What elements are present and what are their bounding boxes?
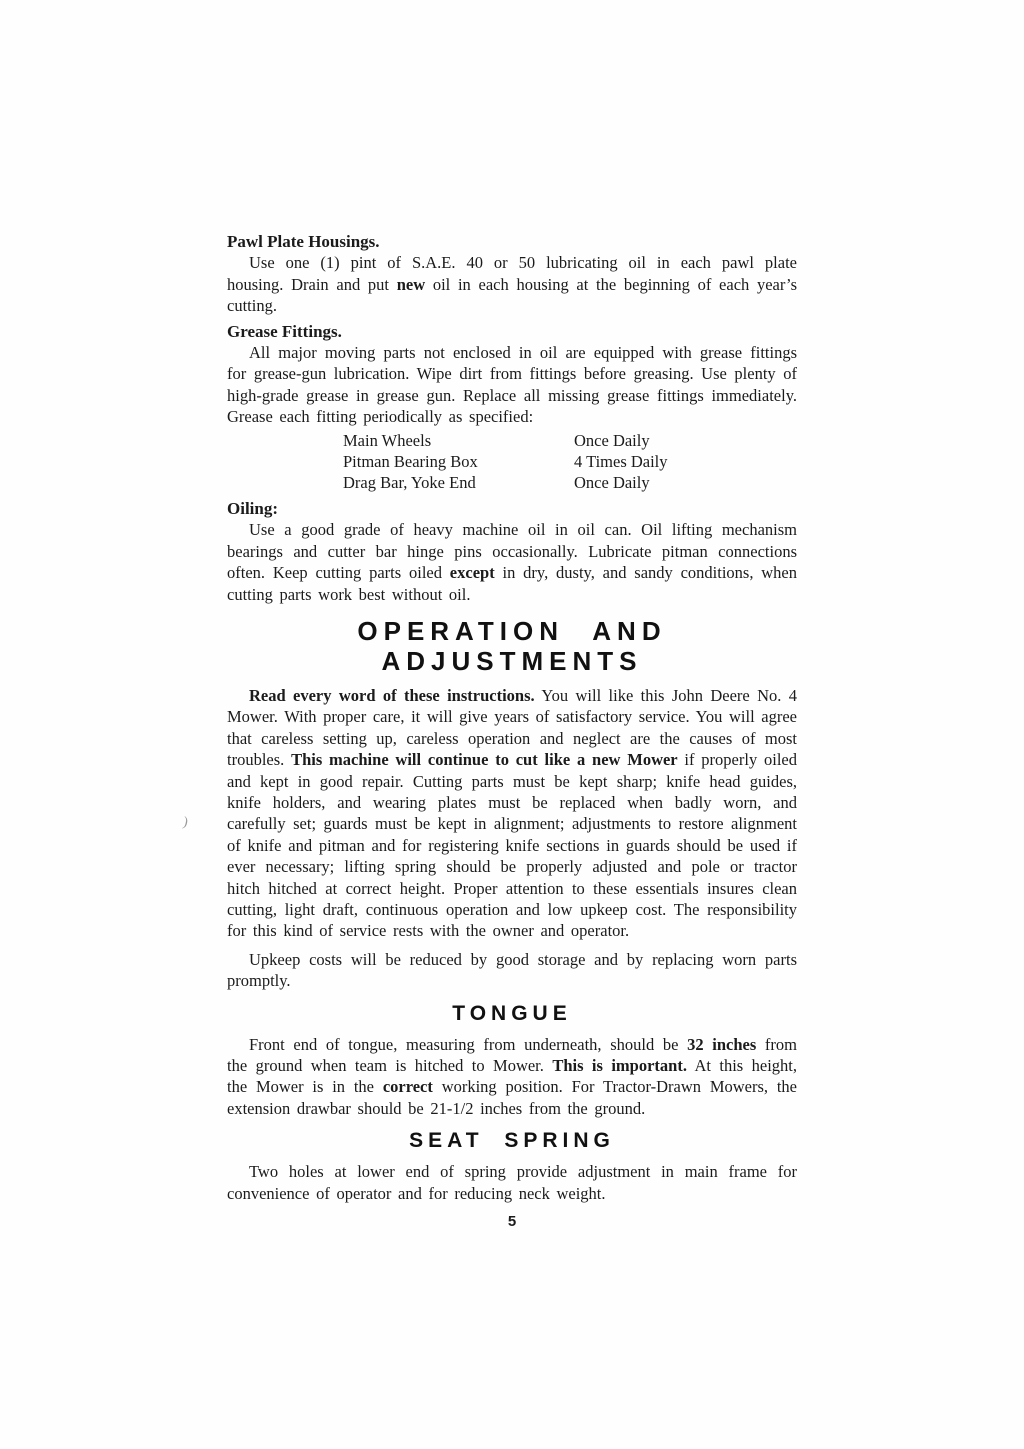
table-cell-frequency: 4 Times Daily xyxy=(574,451,668,472)
table-cell-item: Drag Bar, Yoke End xyxy=(343,472,574,493)
manual-page: ) Pawl Plate Housings. Use one (1) pint … xyxy=(0,0,1024,1449)
paragraph-pawl-plate-housings: Use one (1) pint of S.A.E. 40 or 50 lubr… xyxy=(227,252,797,316)
table-cell-frequency: Once Daily xyxy=(574,430,650,451)
section-heading-oiling: Oiling: xyxy=(227,498,797,519)
section-heading-tongue: TONGUE xyxy=(227,1001,797,1027)
scan-artifact-mark: ) xyxy=(181,815,189,832)
section-heading-grease-fittings: Grease Fittings. xyxy=(227,321,797,342)
paragraph-seat-spring: Two holes at lower end of spring provide… xyxy=(227,1161,797,1204)
paragraph-oiling: Use a good grade of heavy machine oil in… xyxy=(227,519,797,605)
paragraph-operation-1: Read every word of these instructions. Y… xyxy=(227,685,797,942)
table-row: Drag Bar, Yoke End Once Daily xyxy=(343,472,797,493)
section-heading-seat-spring: SEAT SPRING xyxy=(227,1128,797,1154)
table-cell-item: Main Wheels xyxy=(343,430,574,451)
section-heading-operation-and-adjustments: OPERATION AND ADJUSTMENTS xyxy=(227,616,797,676)
paragraph-operation-2: Upkeep costs will be reduced by good sto… xyxy=(227,949,797,992)
paragraph-grease-fittings: All major moving parts not enclosed in o… xyxy=(227,342,797,428)
table-row: Pitman Bearing Box 4 Times Daily xyxy=(343,451,797,472)
table-cell-frequency: Once Daily xyxy=(574,472,650,493)
section-heading-pawl-plate-housings: Pawl Plate Housings. xyxy=(227,231,797,252)
table-row: Main Wheels Once Daily xyxy=(343,430,797,451)
page-number: 5 xyxy=(227,1213,797,1230)
page-content-column: Pawl Plate Housings. Use one (1) pint of… xyxy=(227,231,797,1230)
table-cell-item: Pitman Bearing Box xyxy=(343,451,574,472)
paragraph-tongue: Front end of tongue, measuring from unde… xyxy=(227,1034,797,1120)
grease-schedule-table: Main Wheels Once Daily Pitman Bearing Bo… xyxy=(343,430,797,494)
